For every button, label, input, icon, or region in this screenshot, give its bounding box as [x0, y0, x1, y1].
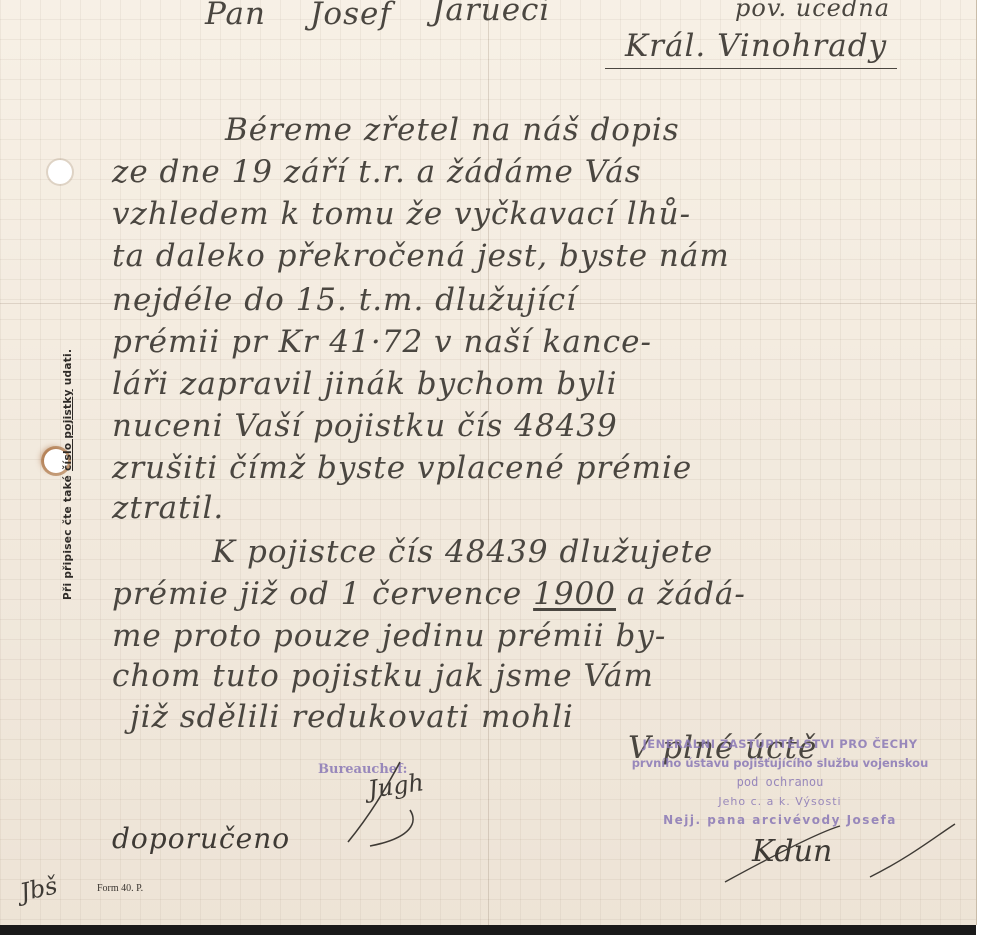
margin-instruction: Při připisec čte také číslo pojistky uda…	[62, 349, 74, 600]
body-line-12-end: a žádá-	[627, 576, 746, 612]
body-line-4: ta daleko překročená jest, byste nám	[112, 236, 730, 276]
body-line-12: prémie již od 1 července 1900 a žádá-	[112, 574, 746, 614]
recommended-note: doporučeno	[112, 822, 290, 855]
address-first-name: Josef	[310, 0, 392, 34]
body-line-3: vzhledem k tomu že vyčkavací lhů-	[112, 194, 691, 234]
body-line-1: Béreme zřetel na náš dopis	[225, 110, 680, 150]
punch-hole-top	[48, 160, 72, 184]
body-line-15: již sdělili redukovati mohli	[130, 697, 574, 737]
body-line-8: nuceni Vaší pojistku čís 48439	[112, 406, 618, 446]
form-number: Form 40. P.	[97, 883, 143, 894]
body-line-7: láři zapravil jinák bychom byli	[112, 364, 618, 404]
body-line-6: prémii pr Kr 41·72 v naší kance-	[112, 322, 652, 362]
bureauchef-signature-stroke	[340, 760, 420, 850]
body-line-14: chom tuto pojistku jak jsme Vám	[112, 656, 654, 696]
agency-stamp: JENERALNI ZASTUPITELSTVI PRO ČECHY první…	[600, 735, 960, 830]
stamp-line-4: Jeho c. a k. Výsosti	[600, 792, 960, 811]
body-line-2: ze dne 19 září t.r. a žádáme Vás	[112, 152, 642, 192]
address-surname: Jarueci	[432, 0, 550, 30]
body-line-9: zrušiti čímž byste vplacené prémie	[112, 448, 692, 488]
scan-edge-shadow	[0, 925, 976, 935]
address-occupation: pov. ucedna	[735, 0, 890, 28]
address-salutation: Pan	[205, 0, 266, 34]
stamp-line-1: JENERALNI ZASTUPITELSTVI PRO ČECHY	[600, 735, 960, 754]
initials-mark: Jbš	[17, 871, 59, 906]
body-line-11: K pojistce čís 48439 dlužujete	[212, 532, 713, 572]
address-city: Král. Vinohrady	[605, 26, 897, 69]
stamp-line-2: prvního ústavu pojišťujícího službu voje…	[600, 754, 960, 773]
stamp-line-3: pod ochranou	[600, 773, 960, 792]
body-line-13: me proto pouze jedinu prémii by-	[112, 616, 666, 656]
director-signature-stroke	[720, 822, 970, 892]
body-line-12-start: prémie již od 1 července	[112, 576, 522, 612]
body-line-12-year: 1900	[533, 576, 616, 612]
body-line-5: nejdéle do 15. t.m. dlužující	[112, 280, 577, 320]
letter-paper: Pan Josef Jarueci pov. ucedna Král. Vino…	[0, 0, 977, 925]
body-line-10: ztratil.	[112, 488, 224, 528]
